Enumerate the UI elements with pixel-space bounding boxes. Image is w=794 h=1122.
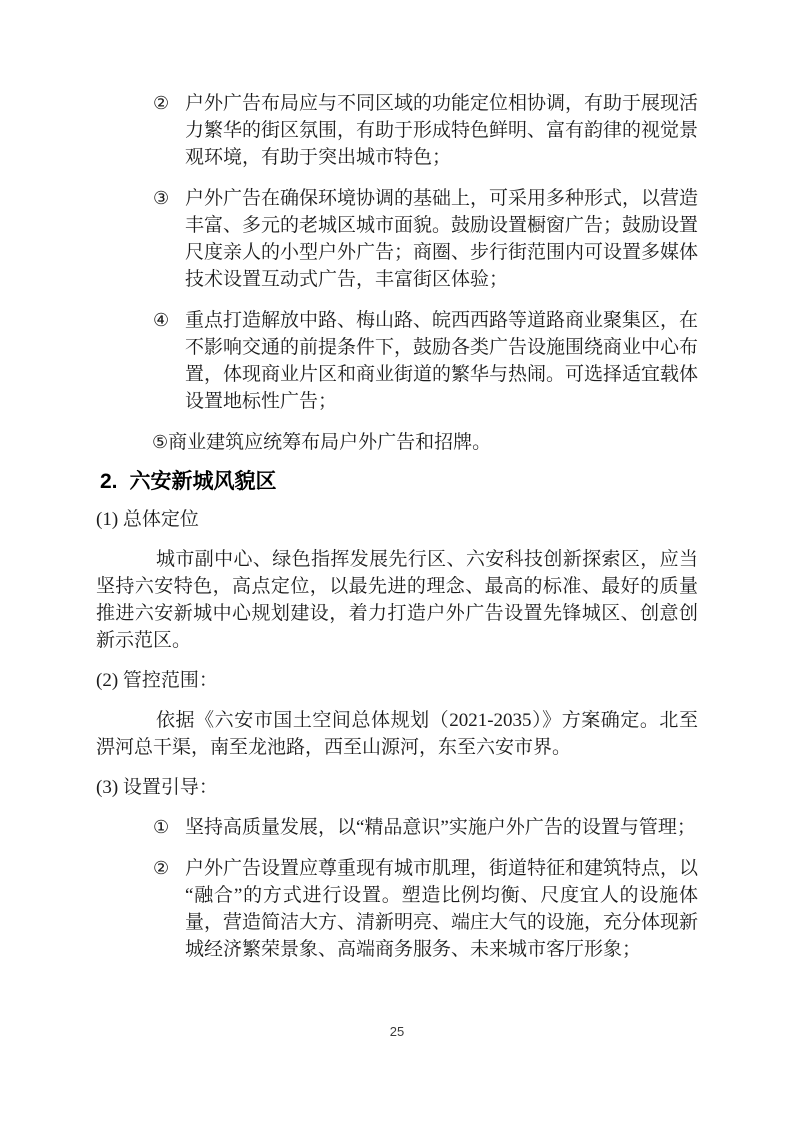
circled-number-marker: ⑤ <box>152 432 168 453</box>
circled-number-marker: ① <box>153 814 169 841</box>
section-heading-title: 六安新城风貌区 <box>130 470 277 493</box>
list-item-text: 户外广告设置应尊重现有城市肌理，街道特征和建筑特点，以“融合”的方式进行设置。塑… <box>185 858 698 960</box>
list-item-5: ⑤商业建筑应统筹布局户外广告和招牌。 <box>96 429 698 456</box>
list-item-text: 重点打造解放中路、梅山路、皖西西路等道路商业聚集区，在不影响交通的前提条件下，鼓… <box>185 310 698 412</box>
circled-number-marker: ② <box>153 855 169 882</box>
list-item-text: 户外广告在确保环境协调的基础上，可采用多种形式，以营造丰富、多元的老城区城市面貌… <box>185 188 698 290</box>
list-item-text: 户外广告布局应与不同区域的功能定位相协调，有助于展现活力繁华的街区氛围，有助于形… <box>185 93 698 168</box>
page-content: ② 户外广告布局应与不同区域的功能定位相协调，有助于展现活力繁华的街区氛围，有助… <box>96 90 698 977</box>
page-number: 25 <box>96 1024 698 1039</box>
guidance-item-1: ① 坚持高质量发展，以“精品意识”实施户外广告的设置与管理； <box>96 814 698 841</box>
circled-number-marker: ③ <box>153 185 169 212</box>
section-heading-number: 2. <box>100 470 118 493</box>
list-item-text: 坚持高质量发展，以“精品意识”实施户外广告的设置与管理； <box>185 817 696 838</box>
list-item-text: 商业建筑应统筹布局户外广告和招牌。 <box>168 432 491 453</box>
paragraph-overall-positioning: 城市副中心、绿色指挥发展先行区、六安科技创新探索区，应当坚持六安特色，高点定位，… <box>96 546 698 654</box>
subsection-label-2: (2) 管控范围： <box>96 667 698 694</box>
document-page: ② 户外广告布局应与不同区域的功能定位相协调，有助于展现活力繁华的街区氛围，有助… <box>0 0 794 1122</box>
list-item-4: ④ 重点打造解放中路、梅山路、皖西西路等道路商业聚集区，在不影响交通的前提条件下… <box>96 307 698 415</box>
paragraph-control-scope: 依据《六安市国土空间总体规划（2021-2035）》方案确定。北至淠河总干渠，南… <box>96 707 698 761</box>
guidance-item-2: ② 户外广告设置应尊重现有城市肌理，街道特征和建筑特点，以“融合”的方式进行设置… <box>96 855 698 963</box>
list-item-2: ② 户外广告布局应与不同区域的功能定位相协调，有助于展现活力繁华的街区氛围，有助… <box>96 90 698 171</box>
section-heading: 2.六安新城风貌区 <box>100 468 698 496</box>
subsection-label-1: (1) 总体定位 <box>96 506 698 533</box>
circled-number-marker: ② <box>153 90 169 117</box>
circled-number-marker: ④ <box>153 307 169 334</box>
subsection-label-3: (3) 设置引导： <box>96 774 698 801</box>
list-item-3: ③ 户外广告在确保环境协调的基础上，可采用多种形式，以营造丰富、多元的老城区城市… <box>96 185 698 293</box>
